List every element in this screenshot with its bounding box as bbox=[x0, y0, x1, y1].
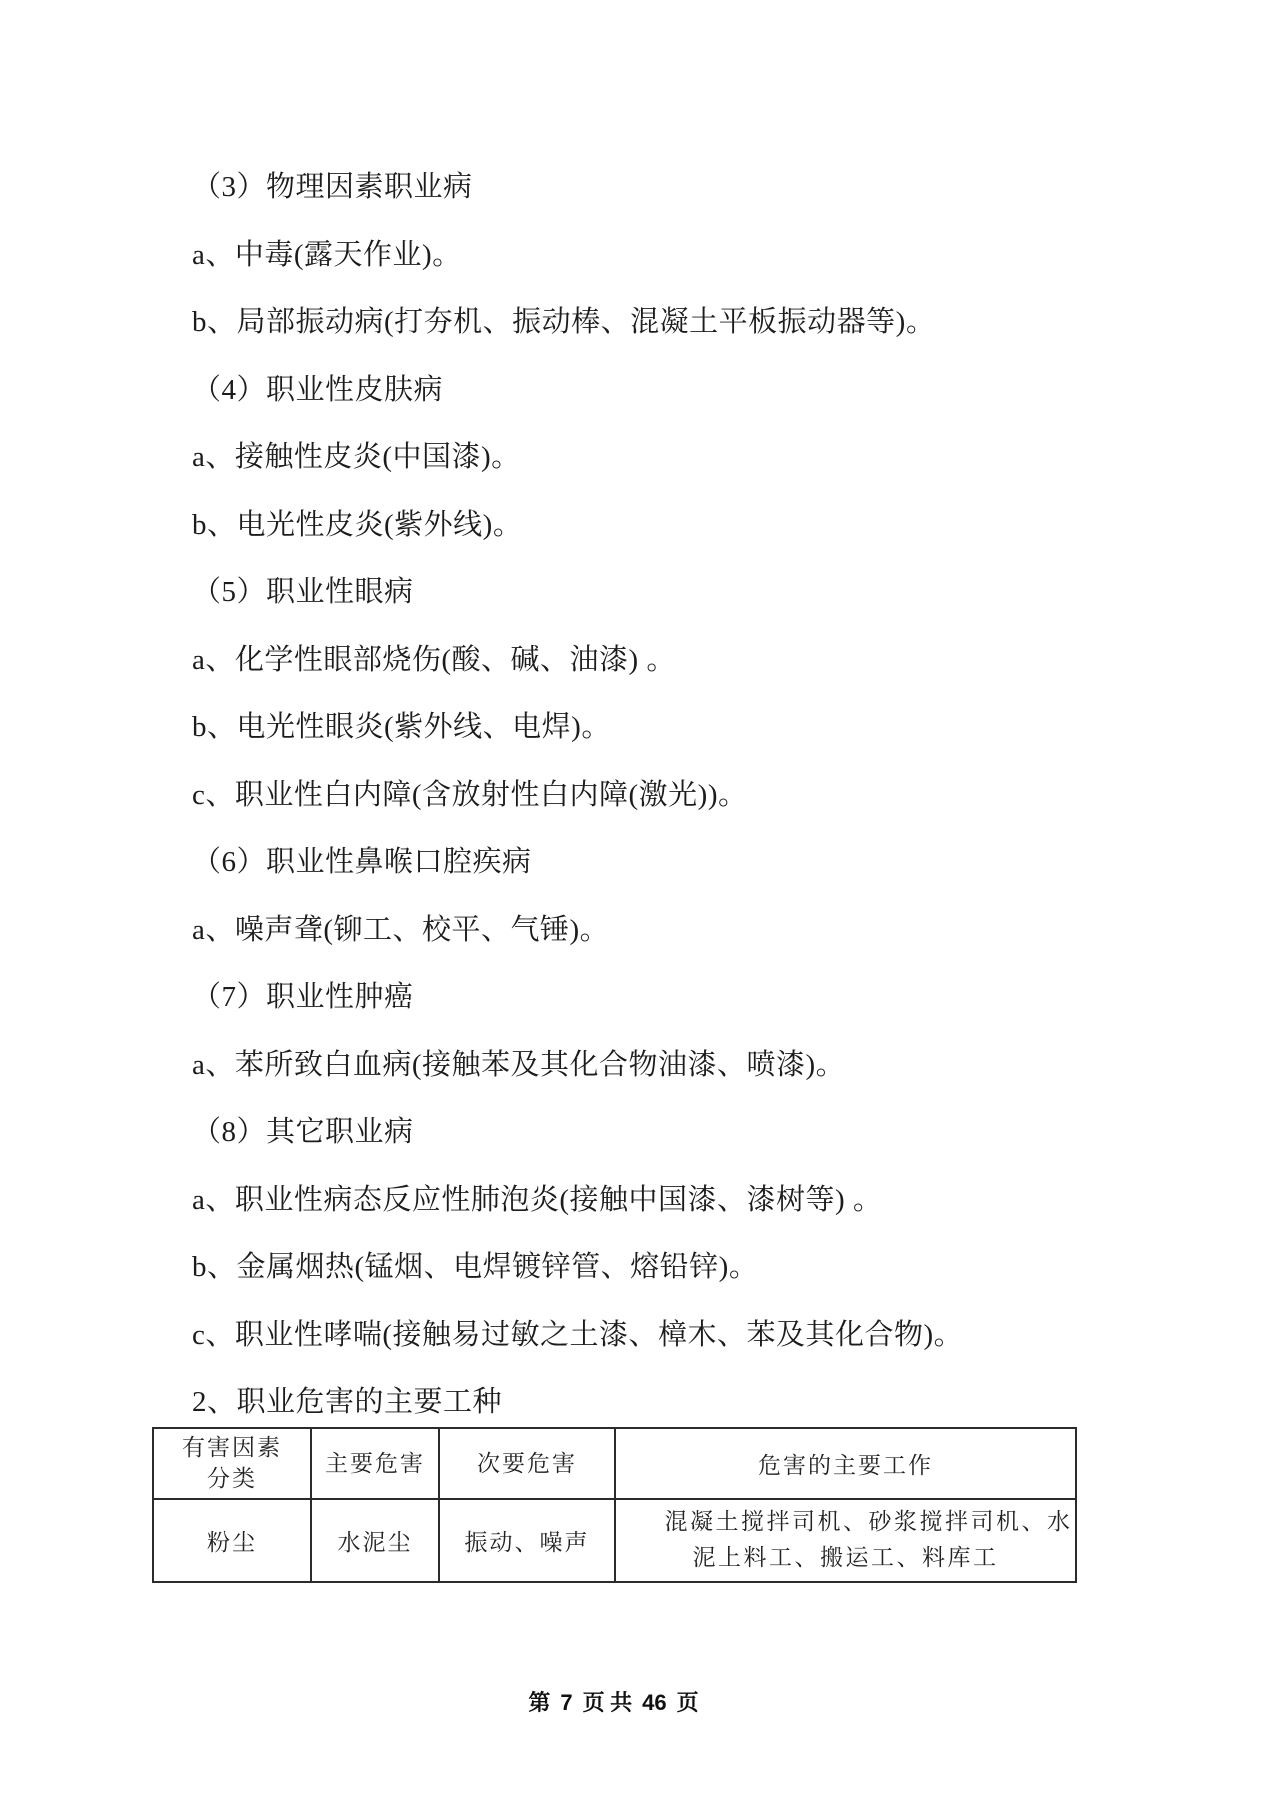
footer-page-number: 7 bbox=[560, 1690, 572, 1715]
footer-label-ye-gong: 页 共 bbox=[583, 1690, 633, 1715]
footer-label-ye: 页 bbox=[677, 1690, 699, 1715]
text-line-item-c: c、职业性白内障(含放射性白内障(激光))。 bbox=[0, 762, 1280, 830]
table-header-primary-hazard: 主要危害 bbox=[311, 1428, 439, 1499]
text-line-item-a: a、职业性病态反应性肺泡炎(接触中国漆、漆树等) 。 bbox=[0, 1167, 1280, 1235]
table-cell-factor-category: 粉尘 bbox=[153, 1499, 311, 1582]
footer-total-pages: 46 bbox=[642, 1690, 666, 1715]
table-row: 粉尘 水泥尘 振动、噪声 混凝土搅拌司机、砂浆搅拌司机、水泥上料工、搬运工、料库… bbox=[153, 1499, 1076, 1582]
table-cell-primary-hazard: 水泥尘 bbox=[311, 1499, 439, 1582]
table-header-label: 危害的主要工作 bbox=[616, 1447, 1075, 1480]
text-line-item-c: c、职业性哮喘(接触易过敏之土漆、樟木、苯及其化合物)。 bbox=[0, 1302, 1280, 1370]
table-header-factor-category: 有害因素分类 bbox=[153, 1428, 311, 1499]
table-cell-secondary-hazard: 振动、噪声 bbox=[439, 1499, 615, 1582]
text-line-section-5: （5）职业性眼病 bbox=[0, 559, 1280, 627]
text-line-section-7: （7）职业性肿癌 bbox=[0, 964, 1280, 1032]
document-body: （3）物理因素职业病 a、中毒(露天作业)。 b、局部振动病(打夯机、振动棒、混… bbox=[0, 0, 1280, 1718]
text-line-item-a: a、化学性眼部烧伤(酸、碱、油漆) 。 bbox=[0, 627, 1280, 695]
table-cell-main-jobs: 混凝土搅拌司机、砂浆搅拌司机、水泥上料工、搬运工、料库工 bbox=[615, 1499, 1076, 1582]
text-line-item-b: b、局部振动病(打夯机、振动棒、混凝土平板振动器等)。 bbox=[0, 289, 1280, 357]
text-line-item-a: a、噪声聋(铆工、校平、气锤)。 bbox=[0, 897, 1280, 965]
text-line-section-8: （8）其它职业病 bbox=[0, 1099, 1280, 1167]
footer-label-di: 第 bbox=[528, 1690, 550, 1715]
text-line-section-4: （4）职业性皮肤病 bbox=[0, 357, 1280, 425]
table-header-label: 次要危害 bbox=[476, 1448, 577, 1479]
text-line-item-b: b、金属烟热(锰烟、电焊镀锌管、熔铅锌)。 bbox=[0, 1234, 1280, 1302]
hazard-table: 有害因素分类 主要危害 次要危害 危害的主要工作 粉尘 水泥尘 振动、噪声 混凝… bbox=[152, 1427, 1077, 1583]
table-header-label: 有害因素分类 bbox=[181, 1432, 282, 1494]
text-line-section-3: （3）物理因素职业病 bbox=[0, 154, 1280, 222]
table-header-label: 主要危害 bbox=[324, 1448, 425, 1479]
text-line-section-6: （6）职业性鼻喉口腔疾病 bbox=[0, 829, 1280, 897]
text-line-item-b: b、电光性皮炎(紫外线)。 bbox=[0, 492, 1280, 560]
text-line-item-a: a、苯所致白血病(接触苯及其化合物油漆、喷漆)。 bbox=[0, 1032, 1280, 1100]
table-header-main-jobs: 危害的主要工作 bbox=[615, 1428, 1076, 1499]
table-header-secondary-hazard: 次要危害 bbox=[439, 1428, 615, 1499]
text-line-item-a: a、接触性皮炎(中国漆)。 bbox=[0, 424, 1280, 492]
text-line-item-b: b、电光性眼炎(紫外线、电焊)。 bbox=[0, 694, 1280, 762]
table-header-row: 有害因素分类 主要危害 次要危害 危害的主要工作 bbox=[153, 1428, 1076, 1499]
text-line-item-a: a、中毒(露天作业)。 bbox=[0, 222, 1280, 290]
page-footer: 第7页 共46页 bbox=[152, 1688, 1075, 1718]
